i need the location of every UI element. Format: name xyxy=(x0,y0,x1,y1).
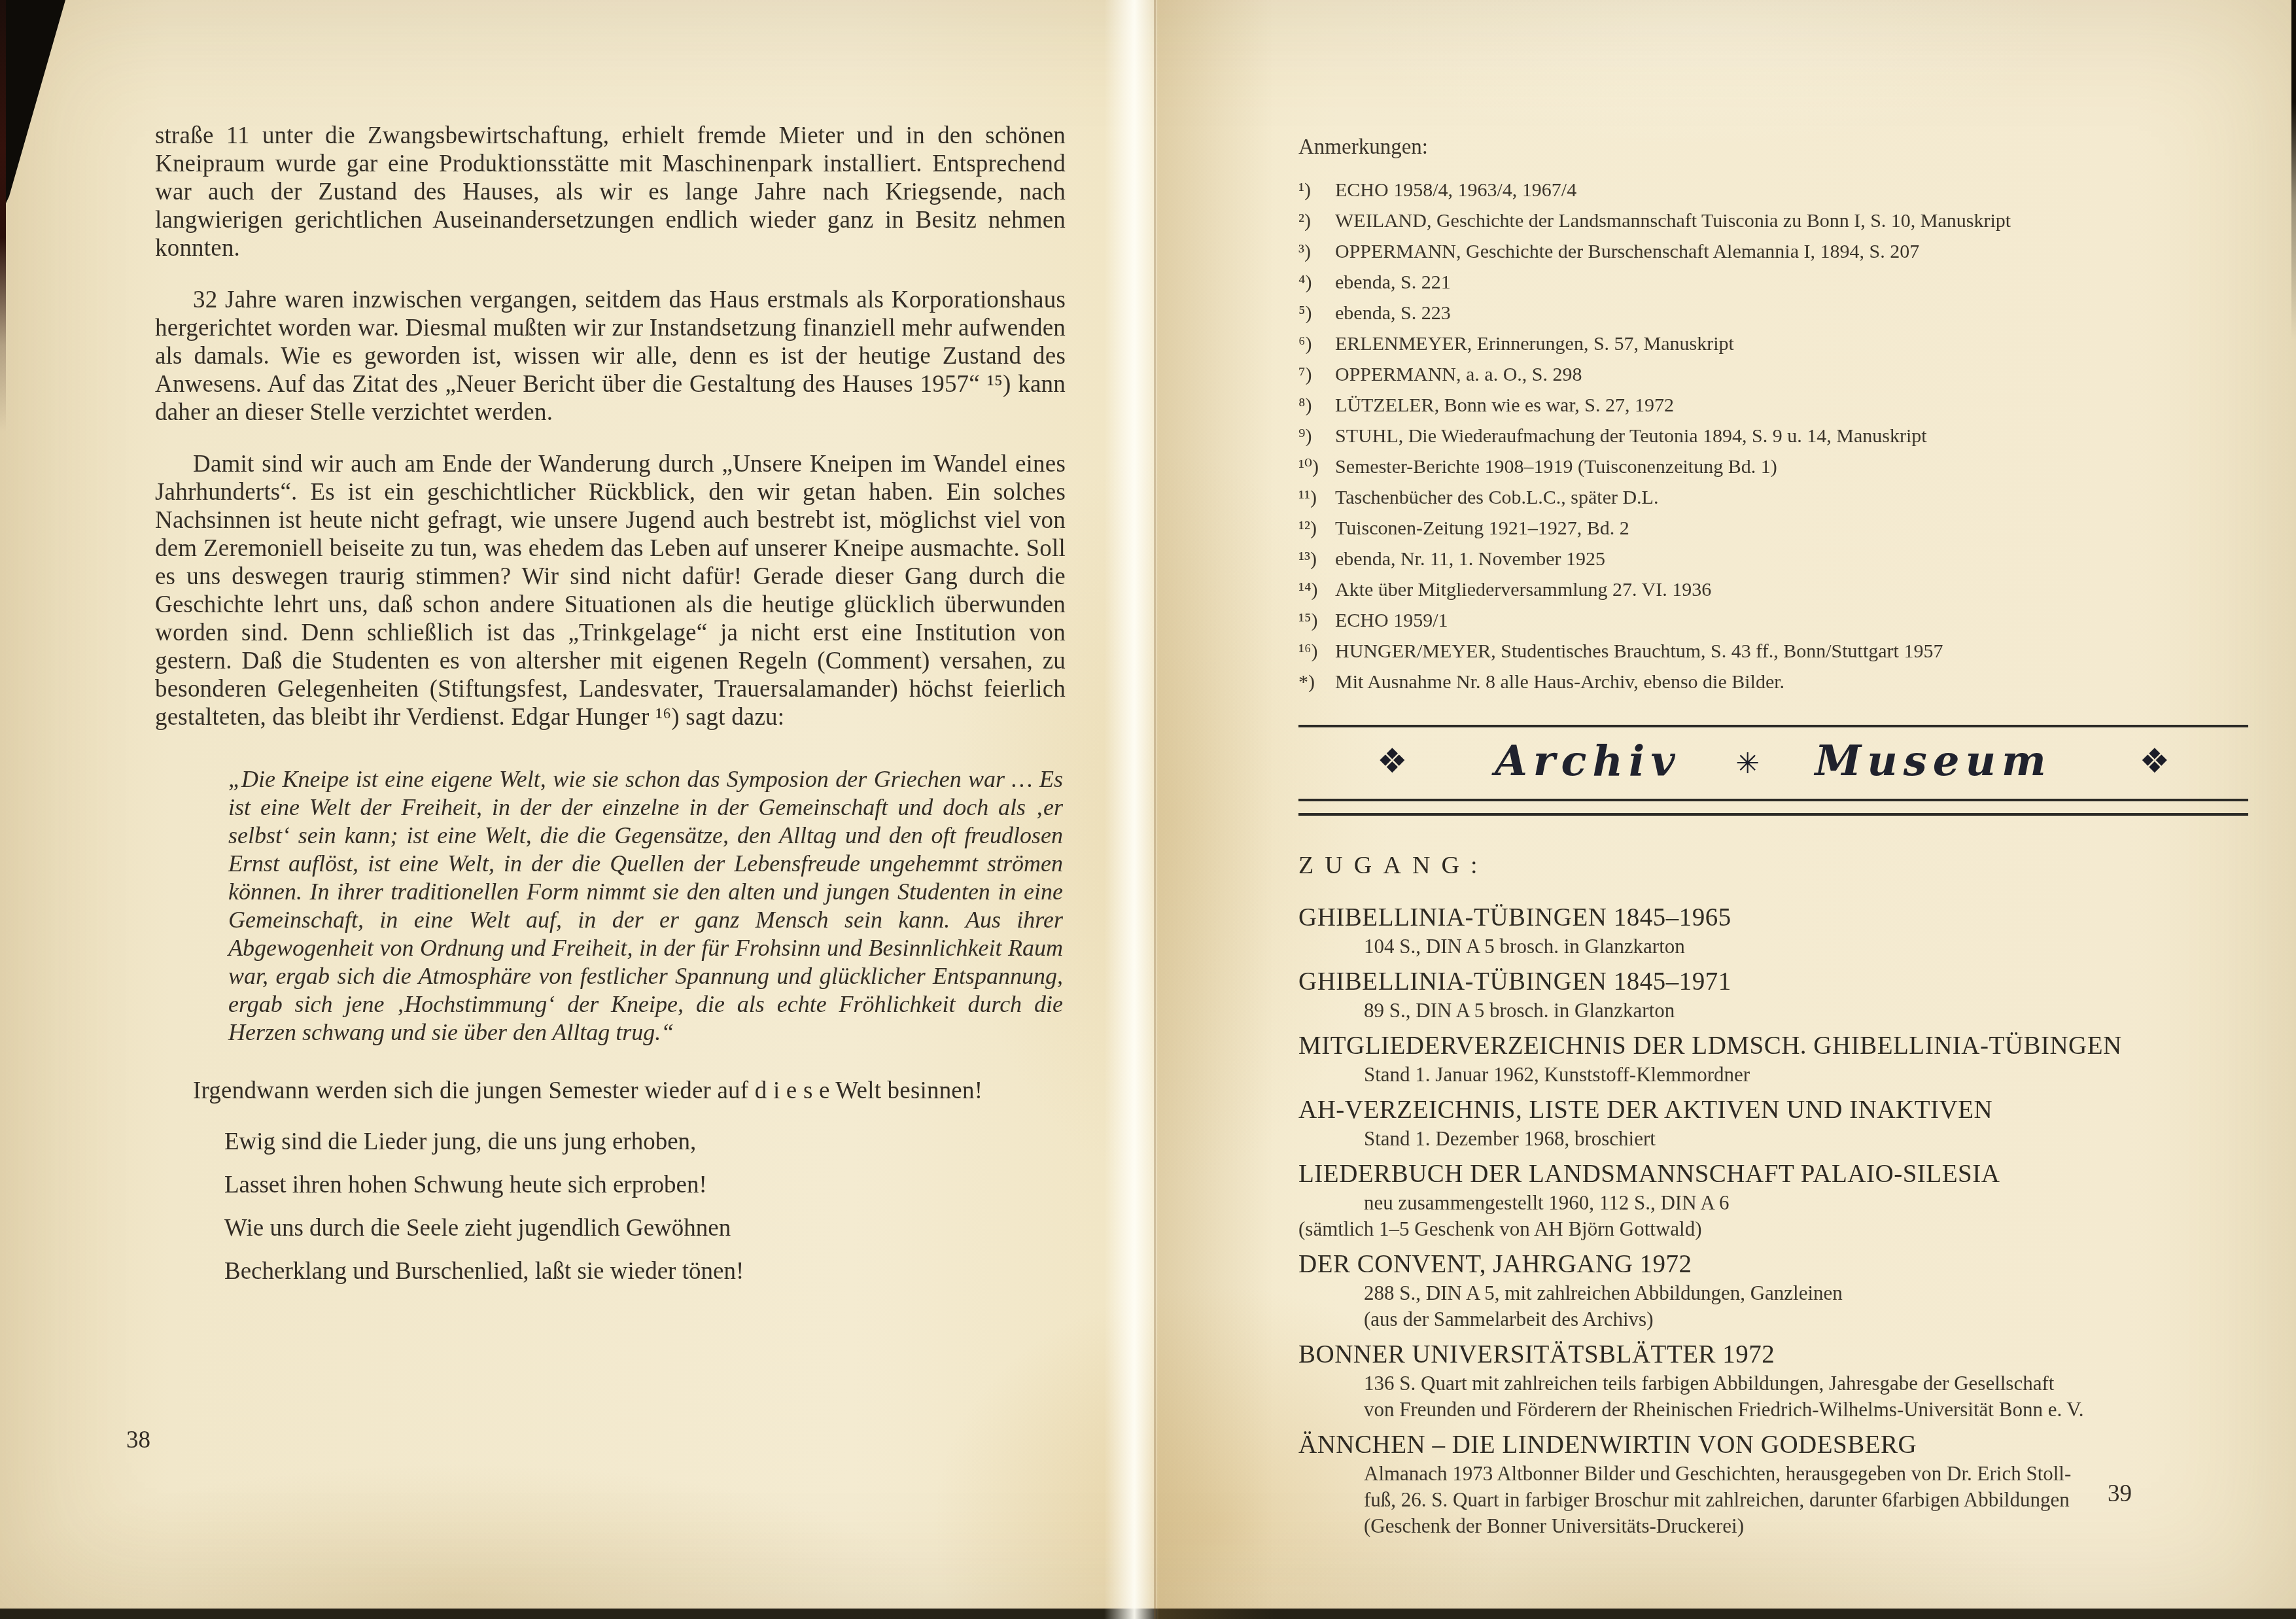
footnote-marker: ²) xyxy=(1298,208,1335,234)
page-number-right: 39 xyxy=(2108,1480,2132,1508)
zugang-entry-title: LIEDERBUCH DER LANDSMANNSCHAFT PALAIO-SI… xyxy=(1298,1158,2248,1190)
zugang-entry-detail: neu zusammengestellt 1960, 112 S., DIN A… xyxy=(1364,1190,2248,1216)
scan-right-edge xyxy=(2291,0,2296,340)
left-page: straße 11 unter die Zwangsbewirtschaftun… xyxy=(155,122,1066,1301)
zugang-entry-title: BONNER UNIVERSITÄTSBLÄTTER 1972 xyxy=(1298,1339,2248,1370)
zugang-entry: ÄNNCHEN – DIE LINDENWIRTIN VON GODESBERG… xyxy=(1298,1429,2248,1539)
footnote-text: WEILAND, Geschichte der Landsmannschaft … xyxy=(1335,208,2248,234)
footnote-row: ¹¹)Taschenbücher des Cob.L.C., später D.… xyxy=(1298,485,2248,510)
footnote-text: LÜTZELER, Bonn wie es war, S. 27, 1972 xyxy=(1335,392,2248,418)
zugang-entry-title: AH-VERZEICHNIS, LISTE DER AKTIVEN UND IN… xyxy=(1298,1094,2248,1126)
zugang-entry-detail: 104 S., DIN A 5 brosch. in Glanzkarton xyxy=(1364,933,2248,960)
closing-paragraph: Irgendwann werden sich die jungen Semest… xyxy=(155,1077,1066,1105)
block-quote: „Die Kneipe ist eine eigene Welt, wie si… xyxy=(228,765,1063,1047)
paragraph: 32 Jahre waren inzwischen vergangen, sei… xyxy=(155,286,1066,427)
verse-line: Lasset ihren hohen Schwung heute sich er… xyxy=(224,1172,1066,1199)
zugang-heading: ZUGANG: xyxy=(1298,851,2248,880)
page-gutter-shadow xyxy=(1157,0,1274,1619)
star-ornament-icon: ✳ xyxy=(1736,747,1760,780)
footnote-marker: ¹⁴) xyxy=(1298,577,1335,602)
footnote-marker: ¹) xyxy=(1298,177,1335,203)
zugang-entry-detail: (Geschenk der Bonner Universitäts-Drucke… xyxy=(1364,1513,2248,1539)
footnote-text: STUHL, Die Wiederaufmachung der Teutonia… xyxy=(1335,423,2248,449)
footnote-row: ¹)ECHO 1958/4, 1963/4, 1967/4 xyxy=(1298,177,2248,203)
zugang-entry-title: GHIBELLINIA-TÜBINGEN 1845–1971 xyxy=(1298,966,2248,998)
archiv-museum-header: ❖ Archiv ✳ Museum ❖ xyxy=(1298,725,2248,816)
footnote-text: OPPERMANN, Geschichte der Burschenschaft… xyxy=(1335,239,2248,264)
zugang-entry-detail: 288 S., DIN A 5, mit zahlreichen Abbildu… xyxy=(1364,1280,2248,1306)
zugang-entry: DER CONVENT, JAHRGANG 1972288 S., DIN A … xyxy=(1298,1249,2248,1332)
footnote-text: ERLENMEYER, Erinnerungen, S. 57, Manuskr… xyxy=(1335,331,2248,357)
diamond-ornament-icon: ❖ xyxy=(2139,742,2170,781)
header-rule-bottom xyxy=(1298,799,2248,816)
footnote-row: ⁸)LÜTZELER, Bonn wie es war, S. 27, 1972 xyxy=(1298,392,2248,418)
footnotes-list: ¹)ECHO 1958/4, 1963/4, 1967/4²)WEILAND, … xyxy=(1298,177,2248,695)
header-word-museum: Museum xyxy=(1815,737,2051,786)
footnote-row: *)Mit Ausnahme Nr. 8 alle Haus-Archiv, e… xyxy=(1298,669,2248,695)
footnote-marker: ⁹) xyxy=(1298,423,1335,449)
header-word-archiv: Archiv xyxy=(1495,737,1680,786)
footnote-row: ¹⁴)Akte über Mitgliederversammlung 27. V… xyxy=(1298,577,2248,602)
footnote-row: ³)OPPERMANN, Geschichte der Burschenscha… xyxy=(1298,239,2248,264)
paragraph: Damit sind wir auch am Ende der Wanderun… xyxy=(155,450,1066,731)
zugang-entry-detail: (sämtlich 1–5 Geschenk von AH Björn Gott… xyxy=(1298,1216,2248,1242)
zugang-entry-detail: von Freunden und Förderern der Rheinisch… xyxy=(1364,1397,2248,1423)
footnote-row: ¹⁵)ECHO 1959/1 xyxy=(1298,608,2248,633)
header-row: ❖ Archiv ✳ Museum ❖ xyxy=(1298,727,2248,791)
footnote-marker: ¹⁶) xyxy=(1298,638,1335,664)
footnote-text: ECHO 1958/4, 1963/4, 1967/4 xyxy=(1335,177,2248,203)
zugang-entries: GHIBELLINIA-TÜBINGEN 1845–1965104 S., DI… xyxy=(1298,902,2248,1539)
footnote-marker: ⁵) xyxy=(1298,300,1335,326)
footnote-text: HUNGER/MEYER, Studentisches Brauchtum, S… xyxy=(1335,638,2248,664)
zugang-entry: AH-VERZEICHNIS, LISTE DER AKTIVEN UND IN… xyxy=(1298,1094,2248,1152)
footnote-marker: ¹²) xyxy=(1298,515,1335,541)
page-gutter-highlight xyxy=(1104,0,1159,1619)
footnote-marker: ⁴) xyxy=(1298,270,1335,295)
footnote-row: ¹³)ebenda, Nr. 11, 1. November 1925 xyxy=(1298,546,2248,572)
footnote-marker: *) xyxy=(1298,669,1335,695)
footnote-text: Tuisconen-Zeitung 1921–1927, Bd. 2 xyxy=(1335,515,2248,541)
verse-block: Ewig sind die Lieder jung, die uns jung … xyxy=(224,1128,1066,1285)
zugang-entry: BONNER UNIVERSITÄTSBLÄTTER 1972136 S. Qu… xyxy=(1298,1339,2248,1423)
paragraph: straße 11 unter die Zwangsbewirtschaftun… xyxy=(155,122,1066,262)
footnote-marker: ⁷) xyxy=(1298,362,1335,387)
scan-corner-shadow xyxy=(0,0,72,216)
footnote-row: ²)WEILAND, Geschichte der Landsmannschaf… xyxy=(1298,208,2248,234)
footnote-text: ebenda, Nr. 11, 1. November 1925 xyxy=(1335,546,2248,572)
zugang-entry: MITGLIEDERVERZEICHNIS DER LDMSCH. GHIBEL… xyxy=(1298,1030,2248,1088)
right-page: Anmerkungen: ¹)ECHO 1958/4, 1963/4, 1967… xyxy=(1298,134,2248,1546)
footnote-row: ⁹)STUHL, Die Wiederaufmachung der Teuton… xyxy=(1298,423,2248,449)
zugang-entry-detail: 89 S., DIN A 5 brosch. in Glanzkarton xyxy=(1364,998,2248,1024)
verse-line: Becherklang und Burschenlied, laßt sie w… xyxy=(224,1258,1066,1285)
footnote-marker: ¹¹) xyxy=(1298,485,1335,510)
page-gutter-fold-line xyxy=(1154,0,1156,1619)
book-spread: straße 11 unter die Zwangsbewirtschaftun… xyxy=(0,0,2296,1619)
zugang-entry-title: MITGLIEDERVERZEICHNIS DER LDMSCH. GHIBEL… xyxy=(1298,1030,2248,1062)
footnote-text: Mit Ausnahme Nr. 8 alle Haus-Archiv, ebe… xyxy=(1335,669,2248,695)
footnotes-heading: Anmerkungen: xyxy=(1298,134,2248,160)
footnote-marker: ⁸) xyxy=(1298,392,1335,418)
zugang-entry: GHIBELLINIA-TÜBINGEN 1845–197189 S., DIN… xyxy=(1298,966,2248,1024)
zugang-entry-detail: Stand 1. Dezember 1968, broschiert xyxy=(1364,1126,2248,1152)
page-number-left: 38 xyxy=(126,1426,150,1454)
footnote-text: Semester-Berichte 1908–1919 (Tuisconenze… xyxy=(1335,454,2248,479)
footnote-row: ⁵)ebenda, S. 223 xyxy=(1298,300,2248,326)
footnote-row: ⁶)ERLENMEYER, Erinnerungen, S. 57, Manus… xyxy=(1298,331,2248,357)
footnote-text: ebenda, S. 221 xyxy=(1335,270,2248,295)
footnote-text: ebenda, S. 223 xyxy=(1335,300,2248,326)
zugang-entry-detail: (aus der Sammelarbeit des Archivs) xyxy=(1364,1306,2248,1332)
footnote-text: Akte über Mitgliederversammlung 27. VI. … xyxy=(1335,577,2248,602)
footnote-marker: ³) xyxy=(1298,239,1335,264)
zugang-entry: GHIBELLINIA-TÜBINGEN 1845–1965104 S., DI… xyxy=(1298,902,2248,960)
scan-left-edge xyxy=(0,0,6,432)
zugang-entry: LIEDERBUCH DER LANDSMANNSCHAFT PALAIO-SI… xyxy=(1298,1158,2248,1242)
zugang-entry-title: GHIBELLINIA-TÜBINGEN 1845–1965 xyxy=(1298,902,2248,933)
footnote-row: ¹⁶)HUNGER/MEYER, Studentisches Brauchtum… xyxy=(1298,638,2248,664)
footnote-row: ⁷)OPPERMANN, a. a. O., S. 298 xyxy=(1298,362,2248,387)
verse-line: Wie uns durch die Seele zieht jugendlich… xyxy=(224,1215,1066,1242)
zugang-entry-detail: 136 S. Quart mit zahlreichen teils farbi… xyxy=(1364,1370,2248,1397)
footnote-marker: ⁶) xyxy=(1298,331,1335,357)
zugang-entry-title: DER CONVENT, JAHRGANG 1972 xyxy=(1298,1249,2248,1280)
footnote-marker: ¹⁵) xyxy=(1298,608,1335,633)
footnote-marker: ¹⁰) xyxy=(1298,454,1335,479)
footnote-text: ECHO 1959/1 xyxy=(1335,608,2248,633)
footnote-text: OPPERMANN, a. a. O., S. 298 xyxy=(1335,362,2248,387)
footnote-row: ¹⁰)Semester-Berichte 1908–1919 (Tuiscone… xyxy=(1298,454,2248,479)
diamond-ornament-icon: ❖ xyxy=(1377,742,1408,781)
verse-line: Ewig sind die Lieder jung, die uns jung … xyxy=(224,1128,1066,1156)
footnote-marker: ¹³) xyxy=(1298,546,1335,572)
footnote-row: ⁴)ebenda, S. 221 xyxy=(1298,270,2248,295)
footnote-text: Taschenbücher des Cob.L.C., später D.L. xyxy=(1335,485,2248,510)
footnote-row: ¹²)Tuisconen-Zeitung 1921–1927, Bd. 2 xyxy=(1298,515,2248,541)
zugang-entry-detail: Stand 1. Januar 1962, Kunststoff-Klemmor… xyxy=(1364,1062,2248,1088)
zugang-entry-title: ÄNNCHEN – DIE LINDENWIRTIN VON GODESBERG xyxy=(1298,1429,2248,1461)
